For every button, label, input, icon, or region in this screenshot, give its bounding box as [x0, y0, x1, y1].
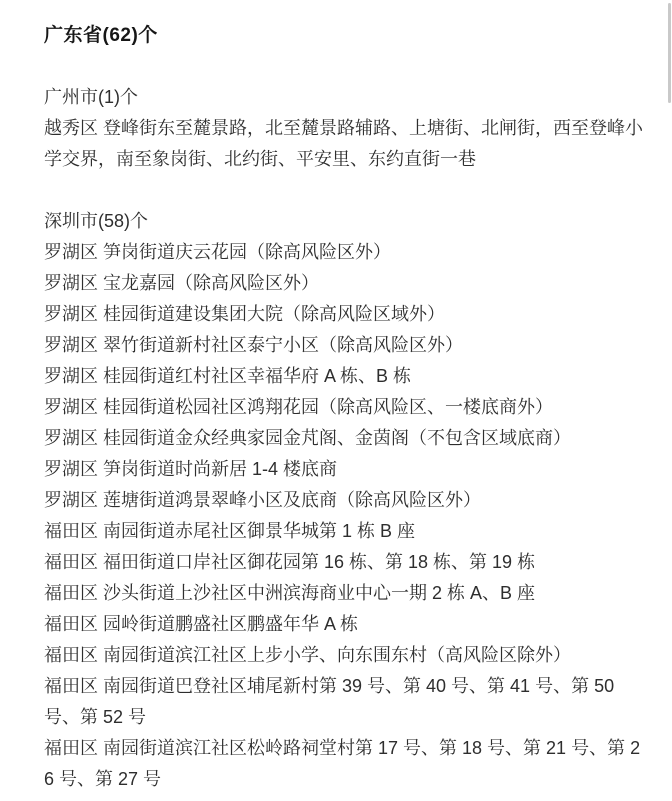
- district-entry-futian-2: 福田区 福田街道口岸社区御花园第 16 栋、第 18 栋、第 19 栋: [44, 547, 644, 578]
- district-entry-luohu-3: 罗湖区 桂园街道建设集团大院（除高风险区域外）: [44, 299, 644, 330]
- district-entry-yuexiu: 越秀区 登峰街东至麓景路，北至麓景路辅路、上塘街、北闸街，西至登峰小学交界，南至…: [44, 113, 644, 175]
- scrollbar-thumb[interactable]: [668, 3, 671, 103]
- city-header-guangzhou: 广州市(1)个: [44, 82, 644, 113]
- district-entry-luohu-7: 罗湖区 桂园街道金众经典家园金芃阁、金茵阁（不包含区域底商）: [44, 423, 644, 454]
- district-entry-futian-7: 福田区 南园街道滨江社区松岭路祠堂村第 17 号、第 18 号、第 21 号、第…: [44, 733, 644, 795]
- district-entry-luohu-5: 罗湖区 桂园街道红村社区幸福华府 A 栋、B 栋: [44, 361, 644, 392]
- district-entry-luohu-1: 罗湖区 笋岗街道庆云花园（除高风险区外）: [44, 237, 644, 268]
- district-entry-futian-4: 福田区 园岭街道鹏盛社区鹏盛年华 A 栋: [44, 609, 644, 640]
- district-entry-futian-3: 福田区 沙头街道上沙社区中洲滨海商业中心一期 2 栋 A、B 座: [44, 578, 644, 609]
- document-page: 广东省(62)个 广州市(1)个 越秀区 登峰街东至麓景路，北至麓景路辅路、上塘…: [0, 0, 672, 795]
- district-entry-luohu-4: 罗湖区 翠竹街道新村社区泰宁小区（除高风险区外）: [44, 330, 644, 361]
- district-entry-luohu-9: 罗湖区 莲塘街道鸿景翠峰小区及底商（除高风险区外）: [44, 485, 644, 516]
- section-shenzhen: 深圳市(58)个 罗湖区 笋岗街道庆云花园（除高风险区外） 罗湖区 宝龙嘉园（除…: [44, 206, 644, 795]
- district-entry-futian-1: 福田区 南园街道赤尾社区御景华城第 1 栋 B 座: [44, 516, 644, 547]
- district-entry-luohu-6: 罗湖区 桂园街道松园社区鸿翔花园（除高风险区、一楼底商外）: [44, 392, 644, 423]
- district-entry-futian-6: 福田区 南园街道巴登社区埔尾新村第 39 号、第 40 号、第 41 号、第 5…: [44, 671, 644, 733]
- district-entry-luohu-8: 罗湖区 笋岗街道时尚新居 1-4 楼底商: [44, 454, 644, 485]
- district-entry-luohu-2: 罗湖区 宝龙嘉园（除高风险区外）: [44, 268, 644, 299]
- section-guangzhou: 广州市(1)个 越秀区 登峰街东至麓景路，北至麓景路辅路、上塘街、北闸街，西至登…: [44, 82, 644, 175]
- district-entry-futian-5: 福田区 南园街道滨江社区上步小学、向东围东村（高风险区除外）: [44, 640, 644, 671]
- city-header-shenzhen: 深圳市(58)个: [44, 206, 644, 237]
- page-title: 广东省(62)个: [44, 20, 644, 51]
